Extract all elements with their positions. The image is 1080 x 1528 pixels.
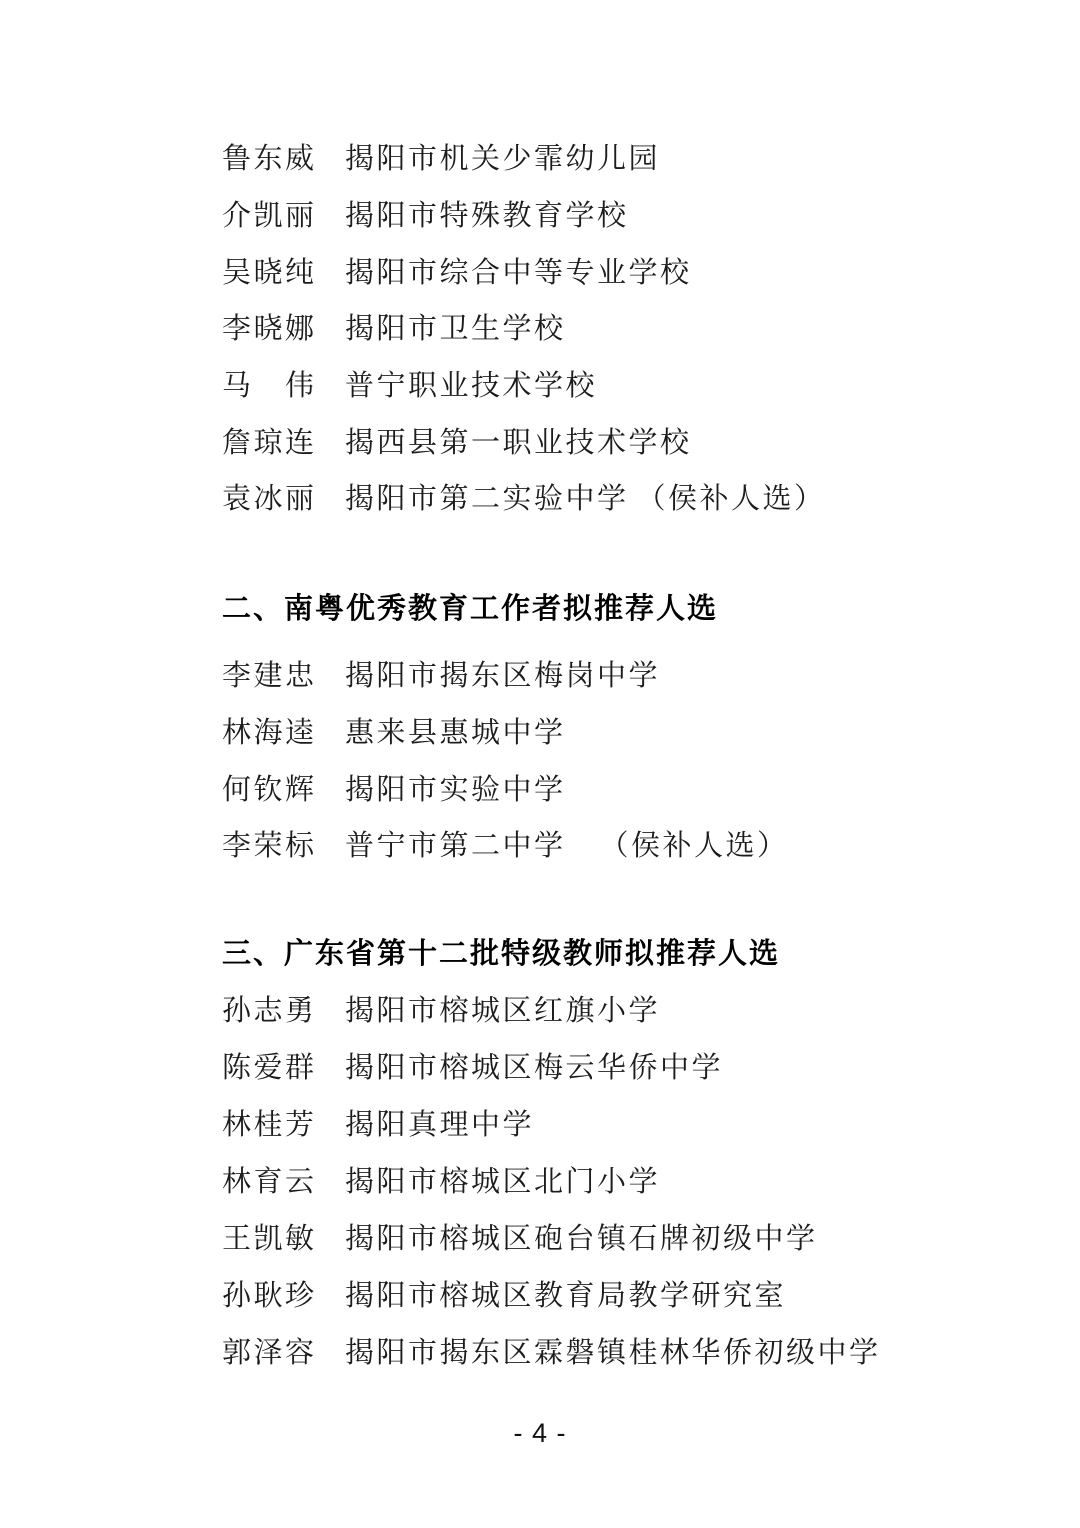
school-name: 揭阳市实验中学 [345,772,566,808]
person-name: 王凯敏 [222,1221,345,1257]
document-page: 鲁东威揭阳市机关少霏幼儿园 介凯丽揭阳市特殊教育学校 吴晓纯揭阳市综合中等专业学… [0,0,1080,1528]
roster-row: 吴晓纯揭阳市综合中等专业学校 [222,255,692,291]
person-name: 孙志勇 [222,993,345,1029]
roster-row: 林桂芳揭阳真理中学 [222,1107,534,1143]
roster-row: 袁冰丽揭阳市第二实验中学（侯补人选） [222,481,826,517]
person-name: 马 伟 [222,368,345,404]
person-name: 鲁东威 [222,141,345,177]
section-heading: 三、广东省第十二批特级教师拟推荐人选 [222,936,780,972]
roster-row: 鲁东威揭阳市机关少霏幼儿园 [222,141,660,177]
section-heading: 二、南粤优秀教育工作者拟推荐人选 [222,591,718,627]
school-name: 揭阳市榕城区红旗小学 [345,993,660,1029]
roster-row: 孙耿珍揭阳市榕城区教育局教学研究室 [222,1278,786,1314]
person-name: 李建忠 [222,658,345,694]
school-name: 揭阳市榕城区北门小学 [345,1164,660,1200]
candidate-note: （侯补人选） [600,828,789,864]
school-name: 揭阳真理中学 [345,1107,534,1143]
candidate-note: （侯补人选） [637,481,826,517]
school-name: 揭阳市特殊教育学校 [345,198,629,234]
roster-row: 马 伟普宁职业技术学校 [222,368,597,404]
roster-row: 詹琼连揭西县第一职业技术学校 [222,425,692,461]
person-name: 郭泽容 [222,1335,345,1371]
school-name: 揭阳市卫生学校 [345,311,566,347]
person-name: 吴晓纯 [222,255,345,291]
school-name: 普宁职业技术学校 [345,368,597,404]
person-name: 介凯丽 [222,198,345,234]
roster-row: 王凯敏揭阳市榕城区砲台镇石牌初级中学 [222,1221,818,1257]
school-name: 揭阳市第二实验中学 [345,481,629,517]
roster-row: 孙志勇揭阳市榕城区红旗小学 [222,993,660,1029]
person-name: 李晓娜 [222,311,345,347]
roster-row: 李晓娜揭阳市卫生学校 [222,311,566,347]
school-name: 揭阳市榕城区梅云华侨中学 [345,1050,723,1086]
roster-row: 何钦辉揭阳市实验中学 [222,772,566,808]
person-name: 林桂芳 [222,1107,345,1143]
roster-row: 李建忠揭阳市揭东区梅岗中学 [222,658,660,694]
school-name: 揭阳市揭东区霖磐镇桂林华侨初级中学 [345,1335,881,1371]
roster-row: 郭泽容揭阳市揭东区霖磐镇桂林华侨初级中学 [222,1335,881,1371]
school-name: 惠来县惠城中学 [345,715,566,751]
school-name: 揭西县第一职业技术学校 [345,425,692,461]
person-name: 林育云 [222,1164,345,1200]
roster-row: 陈爱群揭阳市榕城区梅云华侨中学 [222,1050,723,1086]
person-name: 林海逵 [222,715,345,751]
roster-row: 李荣标普宁市第二中学（侯补人选） [222,828,789,864]
person-name: 孙耿珍 [222,1278,345,1314]
school-name: 揭阳市榕城区砲台镇石牌初级中学 [345,1221,818,1257]
school-name: 揭阳市揭东区梅岗中学 [345,658,660,694]
school-name: 揭阳市机关少霏幼儿园 [345,141,660,177]
school-name: 普宁市第二中学 [345,828,566,864]
page-number: - 4 - [0,1418,1080,1449]
person-name: 袁冰丽 [222,481,345,517]
person-name: 李荣标 [222,828,345,864]
school-name: 揭阳市榕城区教育局教学研究室 [345,1278,786,1314]
person-name: 詹琼连 [222,425,345,461]
roster-row: 林育云揭阳市榕城区北门小学 [222,1164,660,1200]
person-name: 陈爱群 [222,1050,345,1086]
school-name: 揭阳市综合中等专业学校 [345,255,692,291]
person-name: 何钦辉 [222,772,345,808]
roster-row: 林海逵惠来县惠城中学 [222,715,566,751]
roster-row: 介凯丽揭阳市特殊教育学校 [222,198,629,234]
